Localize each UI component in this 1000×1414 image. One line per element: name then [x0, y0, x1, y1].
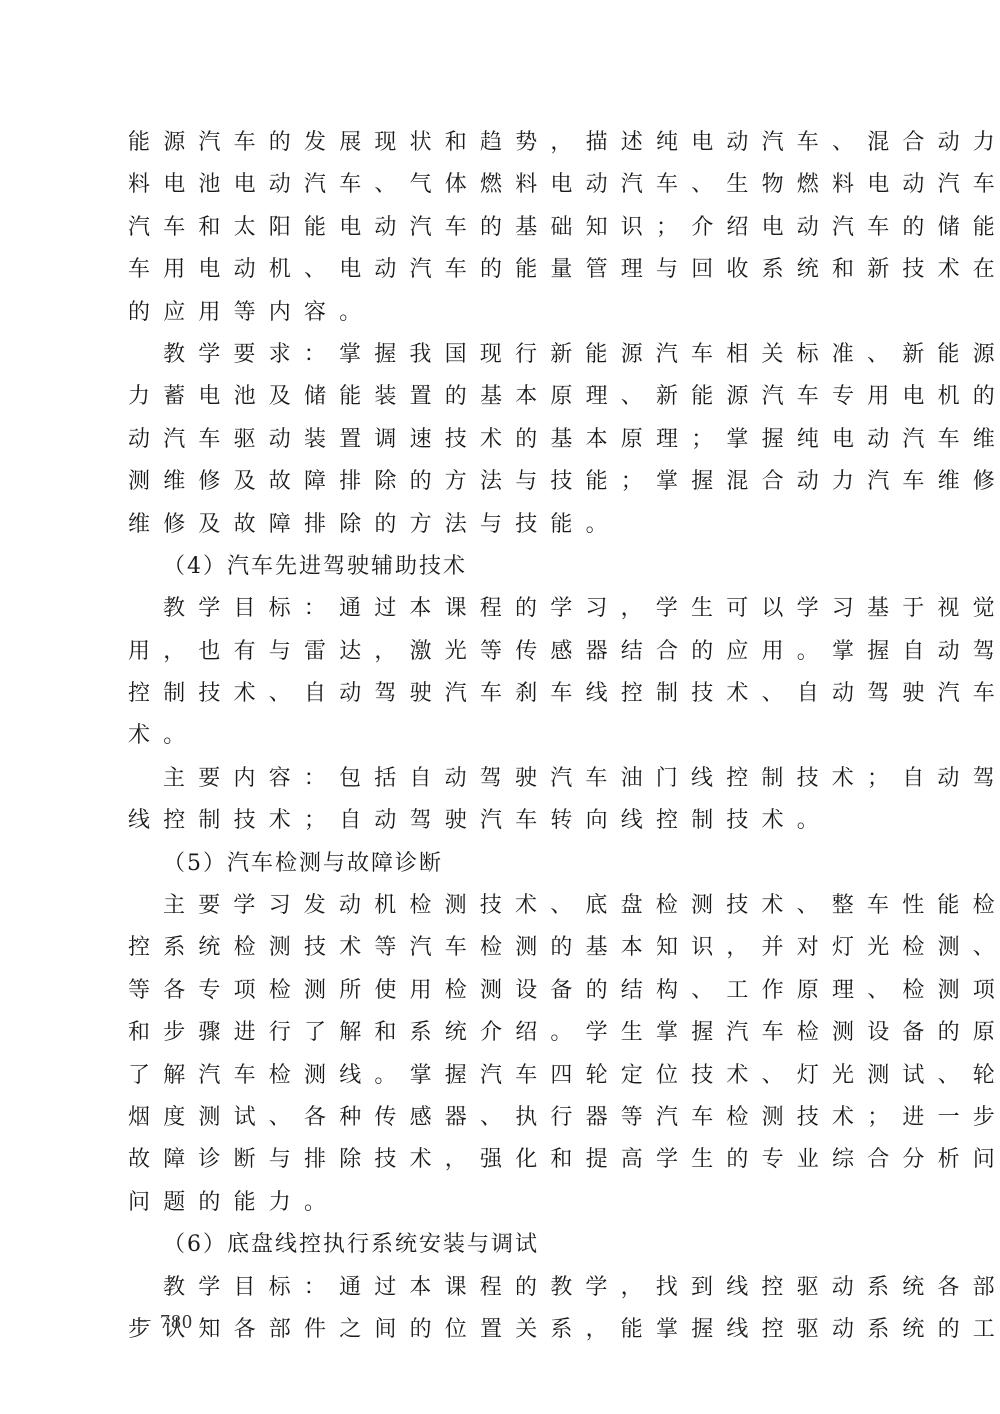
text-line: 控制技术、自动驾驶汽车刹车线控制技术、自动驾驶汽车转向线控制技 — [128, 673, 874, 715]
text-line: 烟度测试、各种传感器、执行器等汽车检测技术；进一步掌握汽车综合 — [128, 1097, 874, 1139]
text-line: 线控制技术；自动驾驶汽车转向线控制技术。 — [128, 800, 874, 842]
text-line: 和步骤进行了解和系统介绍。学生掌握汽车检测设备的原理及使用方法， — [128, 1012, 874, 1054]
text-line: 料电池电动汽车、气体燃料电动汽车、生物燃料电动汽车、氢燃料电动 — [128, 164, 874, 206]
text-line: 问题的能力。 — [128, 1182, 874, 1224]
page-number: － 780 － — [133, 1305, 220, 1334]
text-line: 术。 — [128, 715, 874, 757]
text-line: 步认知各部件之间的位置关系，能掌握线控驱动系统的工作原理，以及 — [128, 1309, 874, 1351]
paragraph-teaching-goals: 教学目标：通过本课程的学习，学生可以学习基于视觉/摄像头的应 — [128, 588, 874, 630]
text-line: 故障诊断与排除技术，强化和提高学生的专业综合分析问题和解决实际 — [128, 1139, 874, 1181]
text-line: 用，也有与雷达，激光等传感器结合的应用。掌握自动驾驶汽车油门线 — [128, 631, 874, 673]
text-line: 的应用等内容。 — [128, 292, 874, 334]
text-line: 车用电动机、电动汽车的能量管理与回收系统和新技术在新能源汽车上 — [128, 249, 874, 291]
text-line: 维修及故障排除的方法与技能。 — [128, 504, 874, 546]
section-heading-5: （5）汽车检测与故障诊断 — [128, 843, 874, 885]
section-heading-4: （4）汽车先进驾驶辅助技术 — [128, 546, 874, 588]
text-line: 动汽车驱动装置调速技术的基本原理；掌握纯电动汽车维修、保养、检 — [128, 419, 874, 461]
text-line: 汽车和太阳能电动汽车的基础知识；介绍电动汽车的储能装置、电动汽 — [128, 207, 874, 249]
text-line: 能源汽车的发展现状和趋势，描述纯电动汽车、混合动力电动汽车、燃 — [128, 122, 874, 164]
text-line: 等各专项检测所使用检测设备的结构、工作原理、检测项目、检测方法 — [128, 970, 874, 1012]
paragraph-teaching-requirements: 教学要求：掌握我国现行新能源汽车相关标准、新能源汽车所用动 — [128, 334, 874, 376]
paragraph-main-content: 主要内容：包括自动驾驶汽车油门线控制技术；自动驾驶汽车刹车 — [128, 758, 874, 800]
text-line: 测维修及故障排除的方法与技能；掌握混合动力汽车维修、保养、检测 — [128, 461, 874, 503]
paragraph-inspection: 主要学习发动机检测技术、底盘检测技术、整车性能检测技术、电 — [128, 885, 874, 927]
section-heading-6: （6）底盘线控执行系统安装与调试 — [128, 1224, 874, 1266]
text-line: 控系统检测技术等汽车检测的基本知识，并对灯光检测、四轮定位技术 — [128, 927, 874, 969]
text-line: 力蓄电池及储能装置的基本原理、新能源汽车专用电机的基本原理、电 — [128, 376, 874, 418]
paragraph-teaching-goals-6: 教学目标：通过本课程的教学，找到线控驱动系统各部件位置，初 — [128, 1267, 874, 1309]
text-line: 了解汽车检测线。掌握汽车四轮定位技术、灯光测试、轮胎平衡测试、 — [128, 1055, 874, 1097]
document-body: 能源汽车的发展现状和趋势，描述纯电动汽车、混合动力电动汽车、燃 料电池电动汽车、… — [128, 122, 874, 1351]
